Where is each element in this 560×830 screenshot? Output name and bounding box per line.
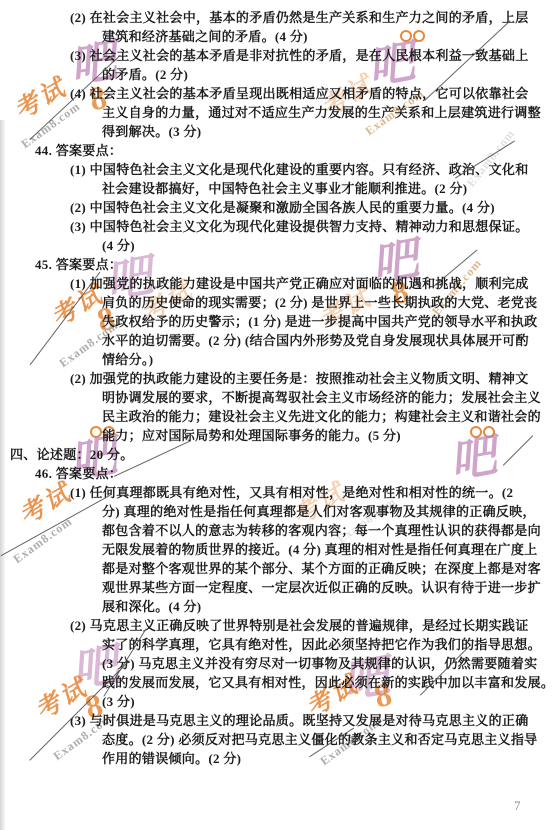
text-line: (3) 与时俱进是马克思主义的理论品质。既坚持又发展是对待马克思主义的正确	[70, 711, 560, 730]
text-line: (3) 社会主义社会的基本矛盾是非对抗性的矛盾，是在人民根本利益一致基础上	[70, 46, 560, 65]
text-line: 失政权给予的历史警示；(1 分) 是进一步提高中国共产党的领导水平和执政	[102, 312, 560, 331]
text-line: 水平的迫切需要。(2 分) (结合国内外形势及党自身发展现状具体展开可酌	[102, 331, 560, 350]
document-lines: (2) 在社会主义社会中，基本的矛盾仍然是生产关系和生产力之间的矛盾，上层建筑和…	[0, 8, 560, 768]
text-line: (1) 加强党的执政能力建设是中国共产党正确应对面临的机遇和挑战，顺利完成	[70, 274, 560, 293]
text-line: (4 分)	[102, 236, 560, 255]
text-line: 46. 答案要点：	[35, 464, 560, 483]
text-line: (3) 中国特色社会主义文化为现代化建设提供智力支持、精神动力和思想保证。	[70, 217, 560, 236]
text-line: 践的发展而发展，它又具有相对性，因此必须在新的实践中加以丰富和发展。	[102, 673, 560, 692]
text-line: 主义自身的力量，通过对不适应生产力发展的生产关系和上层建筑进行调整	[102, 103, 560, 122]
text-line: 民主政治的能力；建设社会主义先进文化的能力；构建社会主义和谐社会的	[102, 407, 560, 426]
text-line: (4) 社会主义社会的基本矛盾呈现出既相适应又相矛盾的特点，它可以依靠社会	[70, 84, 560, 103]
text-line: 能力；应对国际局势和处理国际事务的能力。(5 分)	[102, 426, 560, 445]
text-line: 分) 真理的绝对性是指任何真理都是人们对客观事物及其规律的正确反映，	[102, 502, 560, 521]
text-line: 45. 答案要点：	[35, 255, 560, 274]
text-line: 肩负的历史使命的现实需要；(2 分) 是世界上一些长期执政的大党、老党丧	[102, 293, 560, 312]
text-line: 四、论述题：20 分。	[10, 445, 560, 464]
text-line: 社会建设都搞好，中国特色社会主义事业才能顺利推进。(2 分)	[102, 179, 560, 198]
text-line: 明协调发展的要求，不断提高驾驭社会主义市场经济的能力；发展社会主义	[102, 388, 560, 407]
text-line: 都包含着不以人的意志为转移的客观内容；每一个真理性认识的获得都是向	[102, 521, 560, 540]
text-line: 态度。(2 分) 必须反对把马克思主义僵化的教条主义和否定马克思主义指导	[102, 730, 560, 749]
text-line: (1) 任何真理都既具有绝对性，又具有相对性，是绝对性和相对性的统一。(2	[70, 483, 560, 502]
text-line: (3 分) 马克思主义并没有穷尽对一切事物及其规律的认识，仍然需要随着实	[102, 654, 560, 673]
text-line: (3 分)	[102, 692, 560, 711]
text-line: (2) 在社会主义社会中，基本的矛盾仍然是生产关系和生产力之间的矛盾，上层	[70, 8, 560, 27]
text-line: 观世界某些方面一定程度、一定层次近似正确的反映。认识有待于进一步扩	[102, 578, 560, 597]
text-line: 无限发展着的物质世界的接近。(4 分) 真理的相对性是指任何真理在广度上	[102, 540, 560, 559]
page-number: 7	[514, 798, 521, 814]
text-line: 都是对整个客观世界的某个部分、某个方面的正确反映；在深度上都是对客	[102, 559, 560, 578]
scanned-exam-page: 吧 考试 8 Exam8.com 吧 考试 Exam8.com Exam8.co…	[0, 0, 560, 830]
text-line: 作用的错误倾向。(2 分)	[102, 749, 560, 768]
text-line: (2) 中国特色社会主义文化是凝聚和激励全国各族人民的重要力量。(4 分)	[70, 198, 560, 217]
text-line: (2) 加强党的执政能力建设的主要任务是：按照推动社会主义物质文明、精神文	[70, 369, 560, 388]
text-line: 44. 答案要点：	[35, 141, 560, 160]
text-line: 实了的科学真理，它具有绝对性，因此必须坚持把它作为我们的指导思想。	[102, 635, 560, 654]
text-line: 情给分。)	[102, 350, 560, 369]
text-line: 得到解决。(3 分)	[102, 122, 560, 141]
text-line: 的矛盾。(2 分)	[102, 65, 560, 84]
text-line: 展和深化。(4 分)	[102, 597, 560, 616]
text-line: (1) 中国特色社会主义文化是现代化建设的重要内容。只有经济、政治、文化和	[70, 160, 560, 179]
